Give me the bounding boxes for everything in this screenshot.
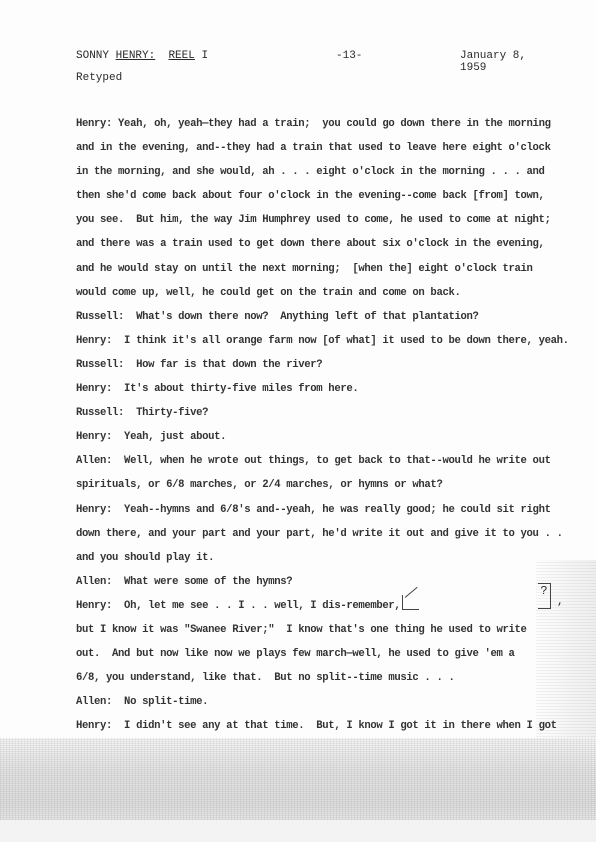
line-text: and you should play it.	[76, 552, 214, 564]
transcript-line: Henry: Yeah, oh, yeah—they had a train; …	[76, 112, 576, 136]
header-name-first: SONNY	[76, 50, 109, 62]
line-text: out. And but now like now we plays few m…	[76, 648, 515, 660]
speaker-label: Henry:	[76, 504, 112, 516]
speaker-label: Henry:	[76, 383, 112, 395]
line-text: What's down there now? Anything left of …	[124, 311, 478, 323]
transcript-line: would come up, well, he could get on the…	[76, 281, 576, 305]
header-name-last: HENRY:	[116, 50, 156, 62]
transcript-body: Henry: Yeah, oh, yeah—they had a train; …	[76, 112, 576, 738]
transcript-line: Henry: Yeah, just about.	[76, 425, 576, 449]
editorial-bracket-mark	[402, 595, 419, 610]
transcript-line: spirituals, or 6/8 marches, or 2/4 march…	[76, 473, 576, 497]
transcript-line: Henry: Oh, let me see . . I . . well, I …	[76, 594, 576, 618]
retyped-note: Retyped	[76, 72, 122, 84]
line-text: in the morning, and she would, ah . . . …	[76, 166, 545, 178]
transcript-line: and in the evening, and--they had a trai…	[76, 136, 576, 160]
page-bottom-margin	[0, 820, 596, 842]
query-bracket-annotation: ?	[538, 583, 551, 609]
line-text: How far is that down the river?	[124, 359, 322, 371]
speaker-label: Allen:	[76, 696, 112, 708]
transcript-line: out. And but now like now we plays few m…	[76, 642, 576, 666]
speaker-label: Henry:	[76, 720, 112, 732]
speaker-label: Henry:	[76, 335, 112, 347]
speaker-label: Henry:	[76, 118, 112, 130]
transcript-line: Henry: I think it's all orange farm now …	[76, 329, 576, 353]
speaker-label: Allen:	[76, 455, 112, 467]
line-text: and there was a train used to get down t…	[76, 238, 545, 250]
transcript-line: then she'd come back about four o'clock …	[76, 184, 576, 208]
line-text: Oh, let me see . . I . . well, I dis-rem…	[112, 600, 400, 612]
speaker-label: Allen:	[76, 576, 112, 588]
transcript-line: Henry: I didn't see any at that time. Bu…	[76, 714, 576, 738]
transcript-line: down there, and your part and your part,…	[76, 522, 576, 546]
transcript-line: Russell: How far is that down the river?	[76, 353, 576, 377]
line-text: Yeah, oh, yeah—they had a train; you cou…	[112, 118, 551, 130]
line-text: I think it's all orange farm now [of wha…	[112, 335, 569, 347]
line-text: but I know it was "Swanee River;" I know…	[76, 624, 527, 636]
transcript-line: and you should play it.	[76, 546, 576, 570]
page-number: -13-	[336, 50, 362, 62]
line-text: It's about thirty-five miles from here.	[112, 383, 358, 395]
speaker-label: Henry:	[76, 431, 112, 443]
line-text: Thirty-five?	[124, 407, 208, 419]
document-page: SONNY HENRY: REEL I -13- January 8, 1959…	[0, 0, 596, 842]
transcript-line: Russell: What's down there now? Anything…	[76, 305, 576, 329]
header-title: SONNY HENRY: REEL I	[76, 50, 208, 62]
line-text: then she'd come back about four o'clock …	[76, 190, 545, 202]
line-text: spirituals, or 6/8 marches, or 2/4 march…	[76, 479, 442, 491]
line-text: No split-time.	[112, 696, 208, 708]
line-text: down there, and your part and your part,…	[76, 528, 563, 540]
speaker-label: Russell:	[76, 359, 124, 371]
header-reel-label: REEL	[168, 50, 194, 62]
transcript-line: Allen: Well, when he wrote out things, t…	[76, 449, 576, 473]
line-text: Yeah--hymns and 6/8's and--yeah, he was …	[112, 504, 551, 516]
transcript-line: Allen: What were some of the hymns?	[76, 570, 576, 594]
speaker-label: Henry:	[76, 600, 112, 612]
line-text: you see. But him, the way Jim Humphrey u…	[76, 214, 551, 226]
header-date: January 8, 1959	[460, 50, 556, 74]
transcript-line: Russell: Thirty-five?	[76, 401, 576, 425]
line-text: 6/8, you understand, like that. But no s…	[76, 672, 454, 684]
line-text: and in the evening, and--they had a trai…	[76, 142, 551, 154]
line-text: I didn't see any at that time. But, I kn…	[112, 720, 557, 732]
transcript-line: and there was a train used to get down t…	[76, 232, 576, 256]
line-text: would come up, well, he could get on the…	[76, 287, 460, 299]
transcript-line: Henry: Yeah--hymns and 6/8's and--yeah, …	[76, 498, 576, 522]
transcript-line: and he would stay on until the next morn…	[76, 257, 576, 281]
speaker-label: Russell:	[76, 311, 124, 323]
transcript-line: in the morning, and she would, ah . . . …	[76, 160, 576, 184]
transcript-line: Henry: It's about thirty-five miles from…	[76, 377, 576, 401]
scan-noise-bottom	[0, 738, 596, 820]
page-header: SONNY HENRY: REEL I -13- January 8, 1959	[76, 50, 556, 66]
line-text: and he would stay on until the next morn…	[76, 263, 533, 275]
line-text: Well, when he wrote out things, to get b…	[112, 455, 551, 467]
query-bracket-comma: ,	[557, 596, 564, 608]
header-reel-number: I	[201, 50, 208, 62]
transcript-line: you see. But him, the way Jim Humphrey u…	[76, 208, 576, 232]
speaker-label: Russell:	[76, 407, 124, 419]
transcript-line: but I know it was "Swanee River;" I know…	[76, 618, 576, 642]
line-text: What were some of the hymns?	[112, 576, 292, 588]
transcript-line: Allen: No split-time.	[76, 690, 576, 714]
line-text: Yeah, just about.	[112, 431, 226, 443]
transcript-line: 6/8, you understand, like that. But no s…	[76, 666, 576, 690]
